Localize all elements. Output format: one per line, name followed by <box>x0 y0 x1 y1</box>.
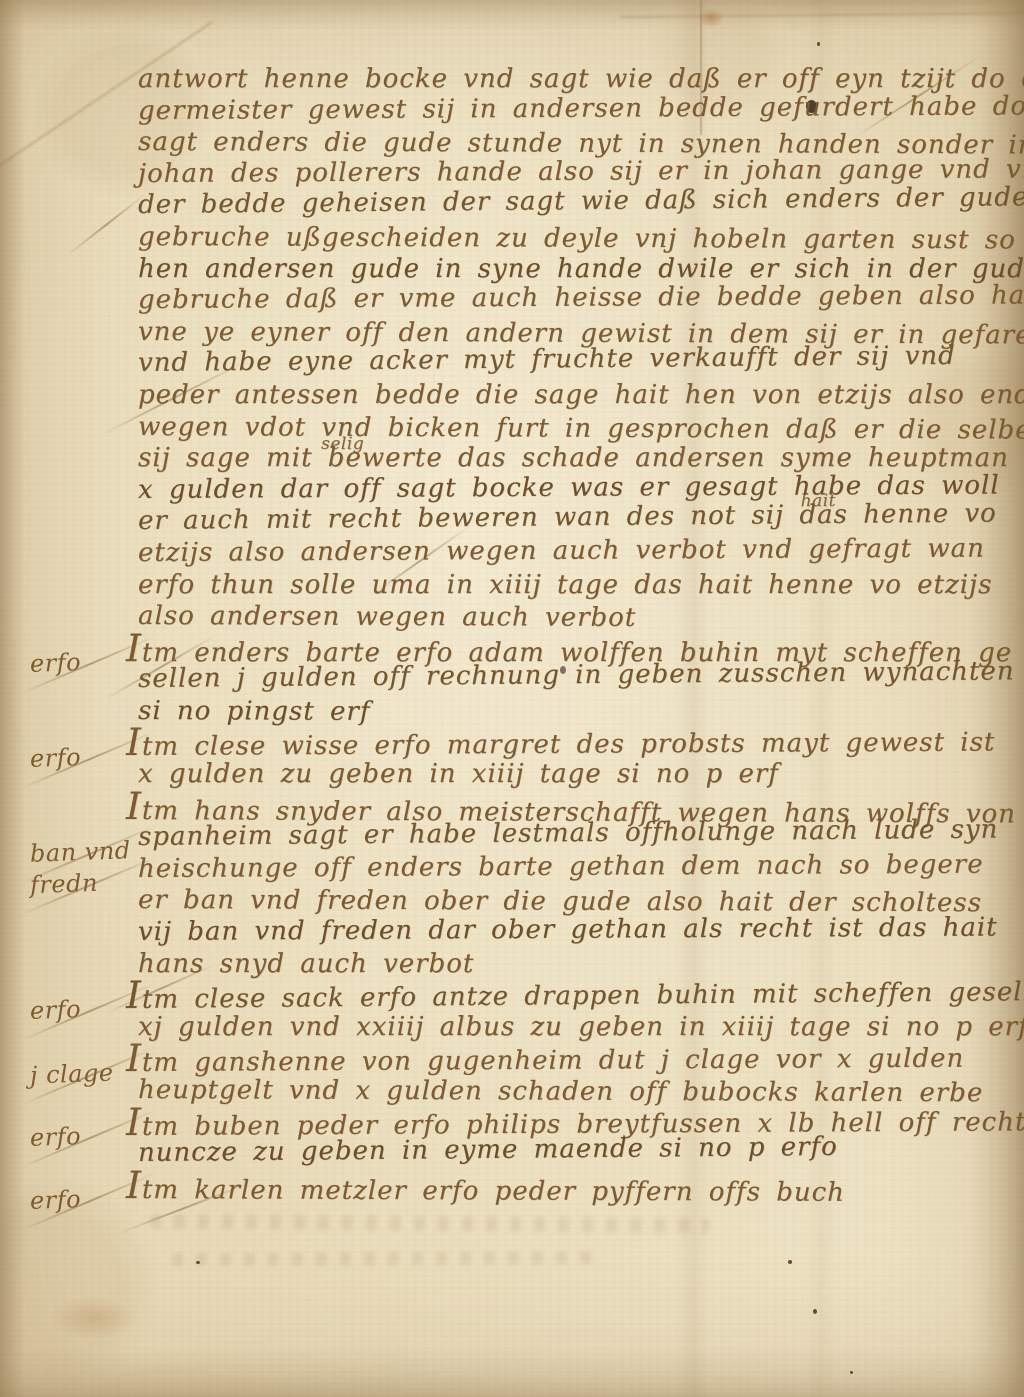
margin-note-text: erfo <box>30 1185 82 1215</box>
margin-note: erfo <box>30 743 82 773</box>
text-line: x gulden zu geben in xiiij tage si no p … <box>138 759 1010 791</box>
paper-speck <box>788 1260 792 1264</box>
text-line: der bedde geheisen der sagt wie daß sich… <box>138 183 1010 222</box>
ghost-showthrough-text <box>172 1251 602 1266</box>
text-line-content: peder antessen bedde die sage hait hen v… <box>138 380 1024 410</box>
text-line-content: antwort henne bocke vnd sagt wie daß er … <box>138 64 1024 94</box>
text-line-content: vij ban vnd freden dar ober gethan als r… <box>138 913 998 948</box>
text-line-content: Itm clese sack erfo antze drappen buhin … <box>126 977 1024 1015</box>
text-line-content: hans snyd auch verbot <box>138 949 474 979</box>
text-line-content: sellen j gulden off rechnung in geben zu… <box>138 657 1015 695</box>
text-line: vnd habe eyne acker myt fruchte verkauff… <box>138 341 1010 380</box>
horizontal-crease <box>620 12 1024 18</box>
interlinear-note: selig <box>321 429 364 461</box>
margin-note: erfo <box>30 648 82 678</box>
margin-note: j clage <box>30 1058 114 1089</box>
text-line: heischunge off enders barte gethan dem n… <box>138 849 1010 885</box>
margin-note: ban vnd <box>30 837 132 868</box>
text-line-content: der bedde geheisen der sagt wie daß sich… <box>138 183 1024 221</box>
text-line: sellen j gulden off rechnung in geben zu… <box>138 657 1010 696</box>
ghost-showthrough-text <box>150 1214 710 1233</box>
text-block: antwort henne bocke vnd sagt wie daß er … <box>138 64 1010 1201</box>
paper-stain <box>48 1296 138 1340</box>
text-line: sij sage mit bewerte das schade andersen… <box>138 443 1010 475</box>
text-line-content: etzijs also andersen wegen auch verbot v… <box>138 533 985 567</box>
text-line: gebruche ußgescheiden zu deyle vnj hobel… <box>138 222 1010 257</box>
manuscript-page: erfoerfoban vndfrednerfoj clageerfoerfo … <box>0 0 1024 1397</box>
text-line: peder antessen bedde die sage hait hen v… <box>138 380 1010 412</box>
text-line: vij ban vnd freden dar ober gethan als r… <box>138 912 1010 948</box>
text-line: wegen vdot vnd bicken furt in gesprochen… <box>138 412 1010 447</box>
margin-note: erfo <box>30 1122 82 1152</box>
text-line: etzijs also andersen wegen auch verbot v… <box>138 533 1010 569</box>
text-line-content: Itm ganshenne von gugenheim dut j clage … <box>126 1044 964 1078</box>
text-line: antwort henne bocke vnd sagt wie daß er … <box>138 64 1010 96</box>
margin-note: erfo <box>30 1185 82 1215</box>
pen-flourish <box>66 193 146 256</box>
text-line-content: gebruche ußgescheiden zu deyle vnj hobel… <box>138 222 1024 256</box>
paper-speck <box>813 1309 817 1314</box>
text-line-content: xj gulden vnd xxiiij albus zu geben in x… <box>138 1012 1024 1042</box>
text-line: Itm clese sack erfo antze drappen buhin … <box>126 973 1010 1012</box>
text-line: germeister gewest sij in andersen bedde … <box>138 91 1010 127</box>
paper-speck <box>817 42 820 46</box>
text-line-content: nuncze zu geben in eyme maende si no p e… <box>138 1132 838 1168</box>
text-line-content: x gulden zu geben in xiiij tage si no p … <box>138 759 779 789</box>
paper-speck <box>850 1371 853 1374</box>
text-line-content: erfo thun solle uma in xiiij tage das ha… <box>138 570 992 600</box>
margin-note-text: erfo <box>30 743 82 773</box>
text-line-content: germeister gewest sij in andersen bedde … <box>138 91 1024 126</box>
paper-speck <box>196 1261 200 1264</box>
margin-note-text: erfo <box>30 648 82 678</box>
text-line-content: si no pingst erf <box>138 696 371 727</box>
text-line-content: gebruche daß er vme auch heisse die bedd… <box>138 280 1024 315</box>
text-line-content: vnd habe eyne acker myt fruchte verkauff… <box>138 341 956 378</box>
margin-note-text: erfo <box>30 996 82 1026</box>
text-line-content: heischunge off enders barte gethan dem n… <box>138 849 984 883</box>
text-line: erfo thun solle uma in xiiij tage das ha… <box>138 570 1010 602</box>
text-line-content: spanheim sagt er habe lestmals offholung… <box>138 815 999 853</box>
text-line-content: sij sage mit bewerte das schade andersen… <box>138 443 1009 473</box>
margin-note: erfo <box>30 996 82 1026</box>
text-line-content: wegen vdot vnd bicken furt in gesprochen… <box>138 412 1024 445</box>
text-line: spanheim sagt er habe lestmals offholung… <box>138 815 1010 854</box>
text-line: Itm ganshenne von gugenheim dut j clage … <box>126 1039 1010 1075</box>
margin-note: fredn <box>30 869 99 899</box>
text-line: Itm karlen metzler erfo peder pyffern of… <box>126 1170 1010 1205</box>
text-line: gebruche daß er vme auch heisse die bedd… <box>138 281 1010 317</box>
text-line: nuncze zu geben in eyme maende si no p e… <box>138 1131 1010 1170</box>
text-line-content: Itm clese wisse erfo margret des probsts… <box>126 728 995 763</box>
text-line-content: Itm karlen metzler erfo peder pyffern of… <box>126 1175 845 1208</box>
text-line: er auch mit recht beweren wan des not si… <box>138 499 1010 538</box>
text-line: also andersen wegen auch verbot <box>138 601 1010 636</box>
interlinear-note: hait <box>800 486 836 518</box>
margin-note-text: erfo <box>30 1122 82 1152</box>
text-line: Itm clese wisse erfo margret des probsts… <box>126 723 1010 759</box>
text-line-content: also andersen wegen auch verbot <box>138 601 636 633</box>
text-line-content: er auch mit recht beweren wan des not si… <box>138 499 997 536</box>
text-line-content: hen andersen gude in syne hande dwile er… <box>138 254 1024 284</box>
